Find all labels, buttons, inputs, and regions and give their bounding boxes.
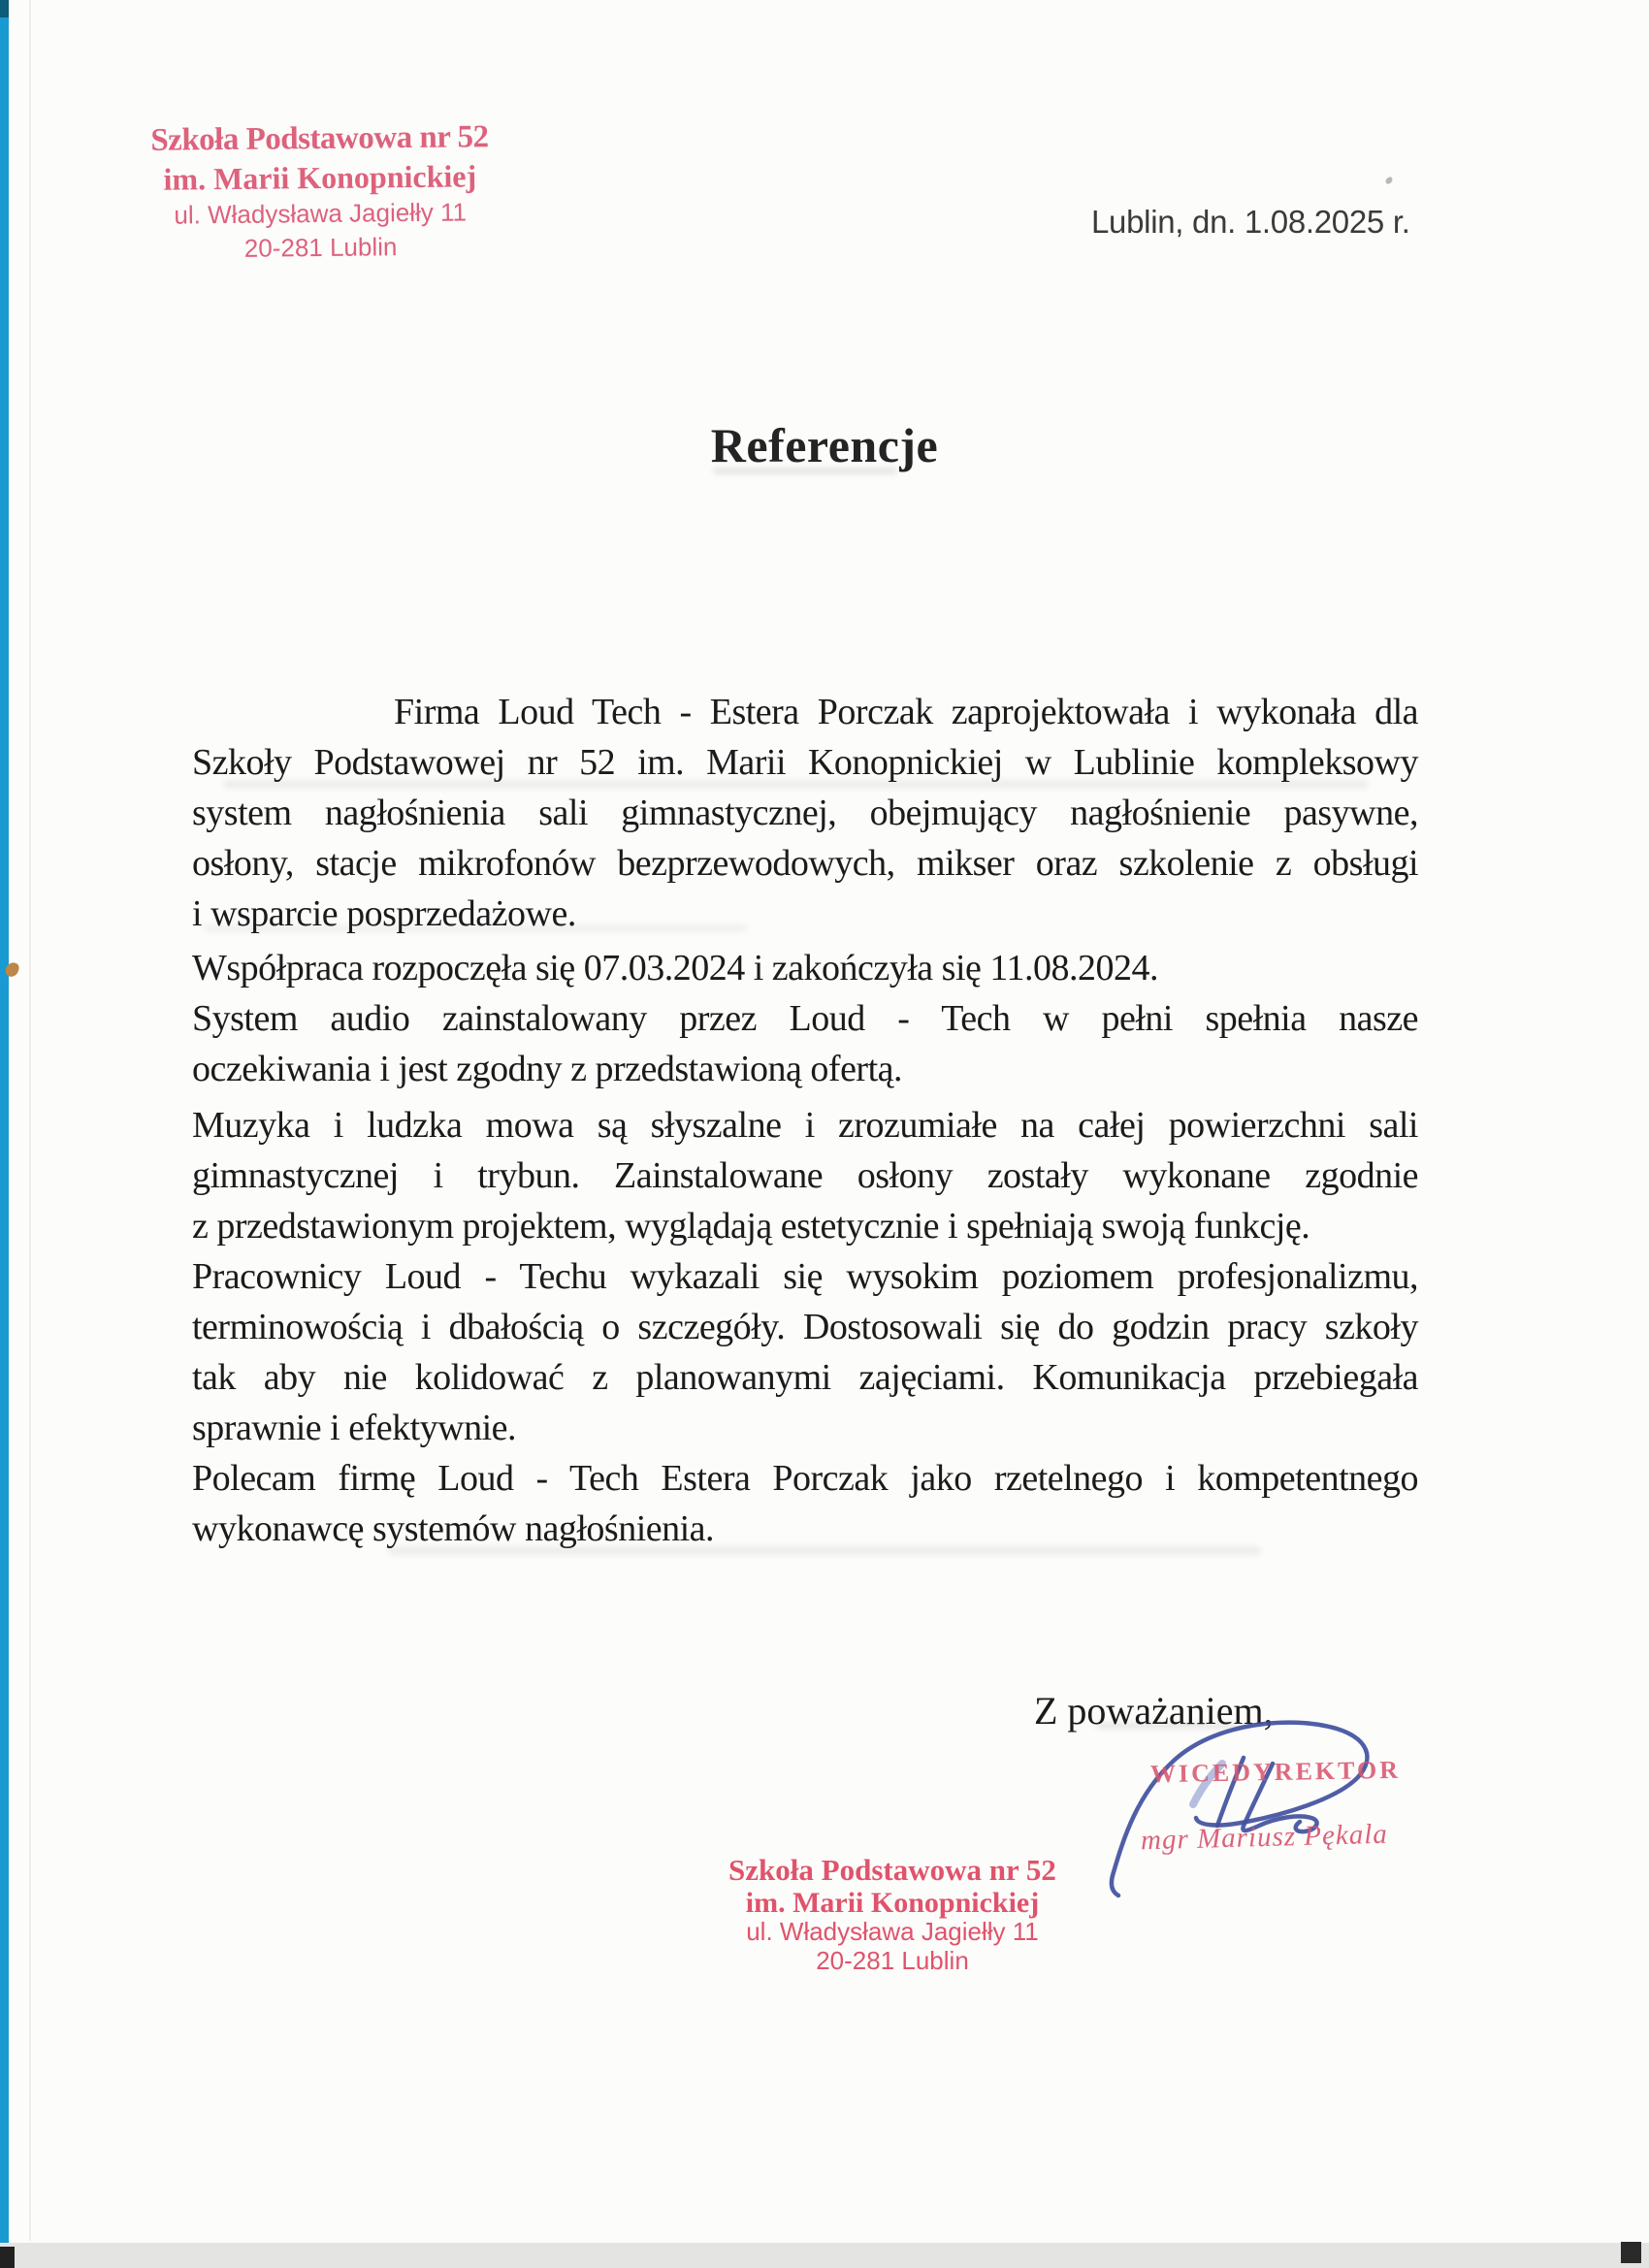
date-line: Lublin, dn. 1.08.2025 r. [1091,204,1410,241]
paragraph: Firma Loud Tech - Estera Porczak zaproje… [192,687,1418,939]
body-line: osłony, stacje mikrofonów bezprzewodowyc… [192,838,1418,889]
scanner-bottom-band [0,2243,1649,2268]
body-line: tak aby nie kolidować z planowanymi zaję… [192,1352,1418,1403]
document-title: Referencje [0,417,1649,473]
body-line: oczekiwania i jest zgodny z przedstawion… [192,1044,1418,1094]
paragraph: System audio zainstalowany przez Loud - … [192,993,1418,1094]
school-stamp-bottom: Szkoła Podstawowa nr 52 im. Marii Konopn… [708,1851,1077,1975]
stamp-line: ul. Władysława Jagiełły 11 [126,194,514,233]
signature-scribble [1077,1707,1397,1911]
stamp-line: 20-281 Lublin [708,1946,1077,1975]
body-line: wykonawcę systemów nagłośnienia. [192,1504,1418,1554]
body-line: gimnastycznej i trybun. Zainstalowane os… [192,1150,1418,1201]
body-line: System audio zainstalowany przez Loud - … [192,993,1418,1044]
scanner-edge-corner [0,0,9,17]
scan-corner-mark-left [0,2247,15,2268]
body-line: i wsparcie posprzedażowe. [192,889,1418,939]
body-line: Muzyka i ludzka mowa są słyszalne i zroz… [192,1100,1418,1150]
paragraph: Muzyka i ludzka mowa są słyszalne i zroz… [192,1100,1418,1251]
paragraph: Pracownicy Loud - Techu wykazali się wys… [192,1251,1418,1453]
paragraph: Polecam firmę Loud - Tech Estera Porczak… [192,1453,1418,1554]
paragraph: Współpraca rozpoczęła się 07.03.2024 i z… [192,943,1418,993]
body-line: system nagłośnienia sali gimnastycznej, … [192,788,1418,838]
body-line: Współpraca rozpoczęła się 07.03.2024 i z… [192,943,1418,993]
vice-director-role-stamp: WICEDYREKTOR [1150,1756,1402,1789]
signer-name-stamp: mgr Mariusz Pękala [1141,1819,1389,1858]
scanner-edge-strip [0,0,9,2268]
scan-speck [1384,176,1394,185]
letter-body: Firma Loud Tech - Estera Porczak zaproje… [192,687,1418,1554]
stamp-line: im. Marii Konopnickiej [708,1889,1077,1917]
body-line: Szkoły Podstawowej nr 52 im. Marii Konop… [192,737,1418,788]
scan-corner-mark-right [1621,2242,1641,2263]
body-line: Polecam firmę Loud - Tech Estera Porczak… [192,1453,1418,1504]
stamp-line: Szkoła Podstawowa nr 52 [708,1851,1077,1889]
body-line: z przedstawionym projektem, wyglądają es… [192,1201,1418,1251]
page-crease-line [29,0,31,2241]
school-stamp-top: Szkoła Podstawowa nr 52 im. Marii Konopn… [125,116,515,266]
stamp-line: Szkoła Podstawowa nr 52 [125,116,513,161]
body-line: Firma Loud Tech - Estera Porczak zaproje… [192,687,1418,737]
stamp-line: ul. Władysława Jagiełły 11 [708,1917,1077,1946]
stamp-line: im. Marii Konopnickiej [126,157,514,198]
scanned-letter-page: Szkoła Podstawowa nr 52 im. Marii Konopn… [0,0,1649,2268]
body-line: terminowością i dbałością o szczegóły. D… [192,1302,1418,1352]
stamp-line: 20-281 Lublin [126,229,514,266]
body-line: Pracownicy Loud - Techu wykazali się wys… [192,1251,1418,1302]
body-line: sprawnie i efektywnie. [192,1403,1418,1453]
